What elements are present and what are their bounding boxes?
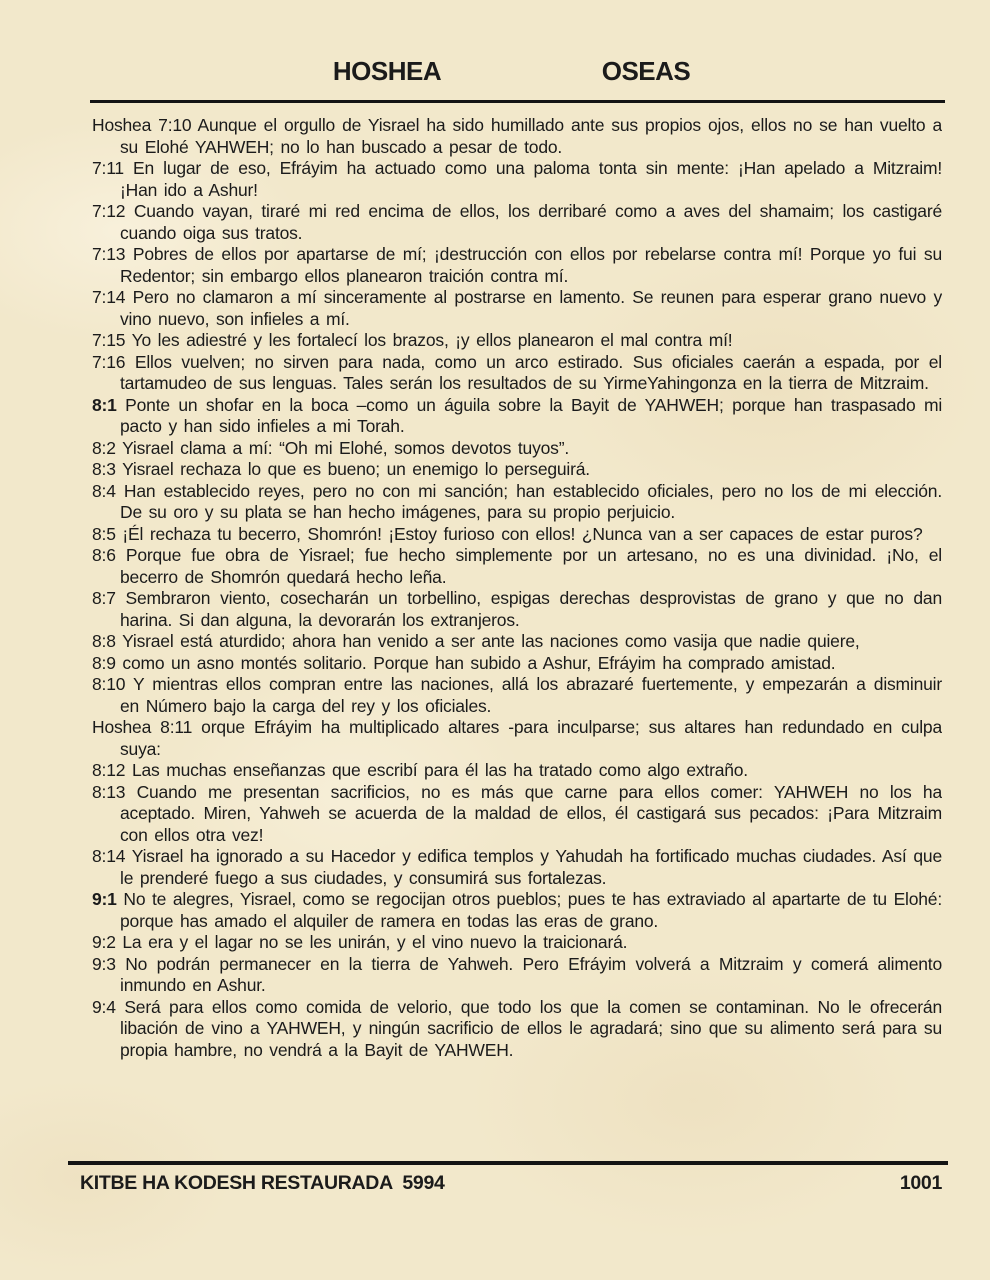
- verse-7-13: 7:13 Pobres de ellos por apartarse de mí…: [92, 244, 942, 287]
- verse-Hoshea-7-10: Hoshea 7:10 Aunque el orgullo de Yisrael…: [92, 115, 942, 158]
- verse-ref: Hoshea 8:11: [92, 717, 201, 737]
- verse-ref: 8:12: [92, 760, 132, 780]
- verse-Hoshea-8-11: Hoshea 8:11 orque Efráyim ha multiplicad…: [92, 717, 942, 760]
- verse-text: Han establecido reyes, pero no con mi sa…: [120, 481, 942, 523]
- verse-text: ¡Él rechaza tu becerro, Shomrón! ¡Estoy …: [122, 524, 922, 544]
- verse-text: orque Efráyim ha multiplicado altares -p…: [120, 717, 942, 759]
- verse-text: Cuando me presentan sacrificios, no es m…: [120, 782, 942, 845]
- verse-text: Ponte un shofar en la boca –como un águi…: [120, 395, 942, 437]
- verse-8-14: 8:14 Yisrael ha ignorado a su Hacedor y …: [92, 846, 942, 889]
- verse-8-3: 8:3 Yisrael rechaza lo que es bueno; un …: [92, 459, 942, 481]
- verse-ref: 7:15: [92, 330, 132, 350]
- scanned-book-page: HOSHEA OSEAS Hoshea 7:10 Aunque el orgul…: [0, 0, 990, 1280]
- verse-ref: 8:7: [92, 588, 126, 608]
- verse-text: Yisrael ha ignorado a su Hacedor y edifi…: [120, 846, 942, 888]
- verse-ref: 7:14: [92, 287, 133, 307]
- verse-ref: 8:4: [92, 481, 124, 501]
- page-number: 1001: [900, 1172, 942, 1195]
- verse-ref: 8:2: [92, 438, 122, 458]
- verse-text: Las muchas enseñanzas que escribí para é…: [132, 760, 748, 780]
- verse-8-5: 8:5 ¡Él rechaza tu becerro, Shomrón! ¡Es…: [92, 524, 942, 546]
- verse-text: Y mientras ellos compran entre las nacio…: [120, 674, 942, 716]
- footer-edition-label: KITBE HA KODESH RESTAURADA 5994: [80, 1172, 445, 1195]
- verse-8-1: 8:1 Ponte un shofar en la boca –como un …: [92, 395, 942, 438]
- verse-8-12: 8:12 Las muchas enseñanzas que escribí p…: [92, 760, 942, 782]
- verse-ref: 7:16: [92, 352, 135, 372]
- verse-7-12: 7:12 Cuando vayan, tiraré mi red encima …: [92, 201, 942, 244]
- verse-9-2: 9:2 La era y el lagar no se les unirán, …: [92, 932, 942, 954]
- verse-ref: 9:2: [92, 932, 122, 952]
- verse-text: Yisrael está aturdido; ahora han venido …: [122, 631, 859, 651]
- page-header-title-spanish: OSEAS: [602, 56, 691, 87]
- verse-text: Aunque el orgullo de Yisrael ha sido hum…: [120, 115, 942, 157]
- verse-9-1: 9:1 No te alegres, Yisrael, como se rego…: [92, 889, 942, 932]
- verse-text: En lugar de eso, Efráyim ha actuado como…: [120, 158, 942, 200]
- verse-7-15: 7:15 Yo les adiestré y les fortalecí los…: [92, 330, 942, 352]
- footer-rule: [68, 1161, 948, 1165]
- verse-text: Yo les adiestré y les fortalecí los braz…: [132, 330, 733, 350]
- verse-ref: 7:12: [92, 201, 134, 221]
- verse-8-13: 8:13 Cuando me presentan sacrificios, no…: [92, 782, 942, 847]
- verse-7-11: 7:11 En lugar de eso, Efráyim ha actuado…: [92, 158, 942, 201]
- verse-ref: 9:1: [92, 889, 123, 909]
- verse-ref: 8:3: [92, 459, 122, 479]
- verse-text: Yisrael rechaza lo que es bueno; un enem…: [122, 459, 590, 479]
- verse-text: No te alegres, Yisrael, como se regocija…: [120, 889, 942, 931]
- verse-ref: 8:14: [92, 846, 132, 866]
- verse-text: Porque fue obra de Yisrael; fue hecho si…: [120, 545, 942, 587]
- verse-text: como un asno montés solitario. Porque ha…: [122, 653, 835, 673]
- verse-ref: 9:3: [92, 954, 125, 974]
- verse-ref: 9:4: [92, 997, 124, 1017]
- verse-ref: 8:9: [92, 653, 122, 673]
- verse-8-10: 8:10 Y mientras ellos compran entre las …: [92, 674, 942, 717]
- verse-8-7: 8:7 Sembraron viento, cosecharán un torb…: [92, 588, 942, 631]
- verse-text: La era y el lagar no se les unirán, y el…: [122, 932, 627, 952]
- verse-text: Pero no clamaron a mí sinceramente al po…: [120, 287, 942, 329]
- verse-8-6: 8:6 Porque fue obra de Yisrael; fue hech…: [92, 545, 942, 588]
- verse-8-9: 8:9 como un asno montés solitario. Porqu…: [92, 653, 942, 675]
- verse-8-8: 8:8 Yisrael está aturdido; ahora han ven…: [92, 631, 942, 653]
- verse-9-3: 9:3 No podrán permanecer en la tierra de…: [92, 954, 942, 997]
- verse-7-14: 7:14 Pero no clamaron a mí sinceramente …: [92, 287, 942, 330]
- verse-9-4: 9:4 Será para ellos como comida de velor…: [92, 997, 942, 1062]
- verse-text: Pobres de ellos por apartarse de mí; ¡de…: [120, 244, 942, 286]
- verse-list: Hoshea 7:10 Aunque el orgullo de Yisrael…: [92, 115, 942, 1159]
- verse-text: Será para ellos como comida de velorio, …: [120, 997, 942, 1060]
- verse-ref: Hoshea 7:10: [92, 115, 198, 135]
- verse-ref: 8:8: [92, 631, 122, 651]
- verse-ref: 7:13: [92, 244, 133, 264]
- page-header-title-hebrew: HOSHEA: [333, 56, 441, 87]
- verse-text: No podrán permanecer en la tierra de Yah…: [120, 954, 942, 996]
- header-rule: [90, 100, 945, 103]
- verse-7-16: 7:16 Ellos vuelven; no sirven para nada,…: [92, 352, 942, 395]
- verse-text: Ellos vuelven; no sirven para nada, como…: [120, 352, 942, 394]
- verse-ref: 8:1: [92, 395, 125, 415]
- verse-ref: 8:13: [92, 782, 137, 802]
- verse-8-4: 8:4 Han establecido reyes, pero no con m…: [92, 481, 942, 524]
- page-footer: KITBE HA KODESH RESTAURADA 5994 1001: [80, 1172, 942, 1195]
- verse-8-2: 8:2 Yisrael clama a mí: “Oh mi Elohé, so…: [92, 438, 942, 460]
- verse-ref: 8:5: [92, 524, 122, 544]
- verse-text: Cuando vayan, tiraré mi red encima de el…: [120, 201, 942, 243]
- verse-ref: 7:11: [92, 158, 133, 178]
- verse-text: Sembraron viento, cosecharán un torbelli…: [120, 588, 942, 630]
- verse-ref: 8:10: [92, 674, 133, 694]
- verse-ref: 8:6: [92, 545, 126, 565]
- verse-text: Yisrael clama a mí: “Oh mi Elohé, somos …: [122, 438, 569, 458]
